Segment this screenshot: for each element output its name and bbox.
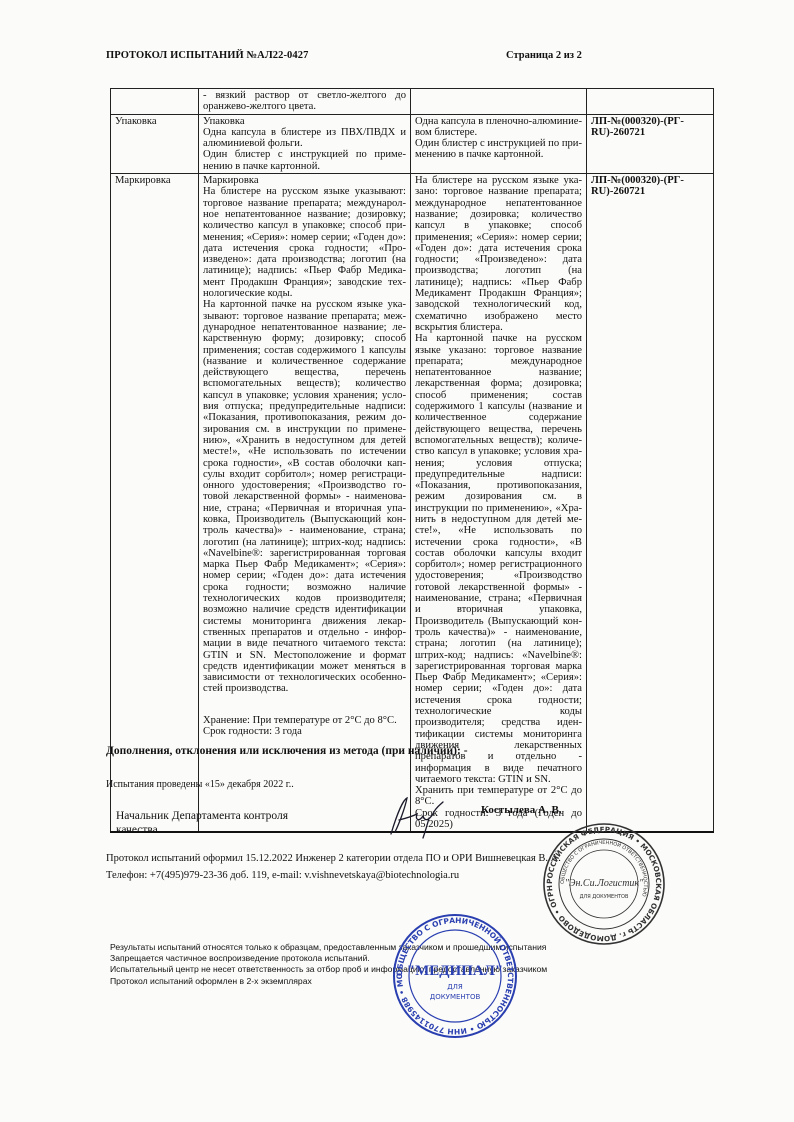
result-blister-text: На блистере на русском языке ука­зано: т… (415, 175, 582, 333)
medipal-stamp-icon: ОБЩЕСТВО С ОГРАНИЧЕННОЙ ОТВЕТСТВЕННОСТЬЮ… (392, 913, 518, 1039)
reference-cell (587, 89, 714, 115)
result-cell: На блистере на русском языке ука­зано: т… (411, 174, 587, 833)
requirement-cell: Упаковка Одна капсула в блистере из ПВХ/… (199, 114, 411, 173)
test-date: Испытания проведены «15» декабря 2022 г.… (106, 779, 294, 790)
requirement-cell: Маркировка На блистере на русском языке … (199, 174, 411, 833)
prepared-by: Протокол испытаний оформил 15.12.2022 Ин… (106, 853, 561, 864)
requirement-title: Упаковка (203, 116, 406, 127)
protocol-title: ПРОТОКОЛ ИСПЫТАНИЙ №АЛ22-0427 (106, 50, 308, 61)
indicator-cell (111, 89, 199, 115)
spacer (203, 695, 406, 715)
result-carton-text: На картонной пачке на русском языке указ… (415, 333, 582, 785)
method-deviations: Дополнения, отклонения или исключения из… (106, 745, 468, 757)
requirement-storage: Хранение: При температуре от 2°C до 8°C. (203, 715, 406, 726)
svg-text:ДЛЯ: ДЛЯ (447, 983, 463, 991)
requirement-title: Маркировка (203, 175, 406, 186)
table-row: Упаковка Упаковка Одна капсула в блистер… (111, 114, 714, 173)
requirement-text: Один блистер с инструкцией по приме­нени… (203, 149, 406, 172)
svg-text:"МЕДИПАЛ": "МЕДИПАЛ" (407, 963, 503, 979)
indicator-cell: Упаковка (111, 114, 199, 173)
requirement-shelf-life: Срок годности: 3 года (203, 726, 406, 737)
requirement-text: Одна капсула в блистере из ПВХ/ПВДХ и ал… (203, 127, 406, 150)
page-indicator: Страница 2 из 2 (506, 50, 582, 61)
svg-text:ДЛЯ ДОКУМЕНТОВ: ДЛЯ ДОКУМЕНТОВ (580, 894, 629, 900)
svg-text:ДОКУМЕНТОВ: ДОКУМЕНТОВ (430, 993, 481, 1001)
table-row: - вязкий раствор от светло-желтого до ор… (111, 89, 714, 115)
reference-cell: ЛП-№(000320)-(РГ-RU)-260721 (587, 114, 714, 173)
result-text: Одна капсула в пленочно-алюминие­вом бли… (415, 116, 582, 139)
signer-position: Начальник Департамента контроля качества (116, 809, 316, 837)
signer-name: Костылева А. В. (481, 804, 562, 816)
requirement-blister-text: На блистере на русском языке указывают: … (203, 186, 406, 299)
result-cell (411, 89, 587, 115)
indicator-cell: Маркировка (111, 174, 199, 833)
company-stamp-icon: РОССИЙСКАЯ ФЕДЕРАЦИЯ • МОСКОВСКАЯ ОБЛАСТ… (542, 822, 666, 946)
table-row: Маркировка Маркировка На блистере на рус… (111, 174, 714, 833)
requirement-cell: - вязкий раствор от светло-желтого до ор… (199, 89, 411, 115)
contact-info: Телефон: +7(495)979-23-36 доб. 119, e-ma… (106, 870, 459, 881)
signature-icon (385, 794, 445, 840)
result-cell: Одна капсула в пленочно-алюминие­вом бли… (411, 114, 587, 173)
specification-table: - вязкий раствор от светло-желтого до ор… (110, 88, 714, 833)
svg-text:"Эн.Си.Логистик": "Эн.Си.Логистик" (565, 878, 644, 889)
requirement-carton-text: На картонной пачке на русском языке ука­… (203, 299, 406, 694)
result-text: Один блистер с инструкцией по при­менени… (415, 138, 582, 161)
reference-cell: ЛП-№(000320)-(РГ-RU)-260721 (587, 174, 714, 833)
